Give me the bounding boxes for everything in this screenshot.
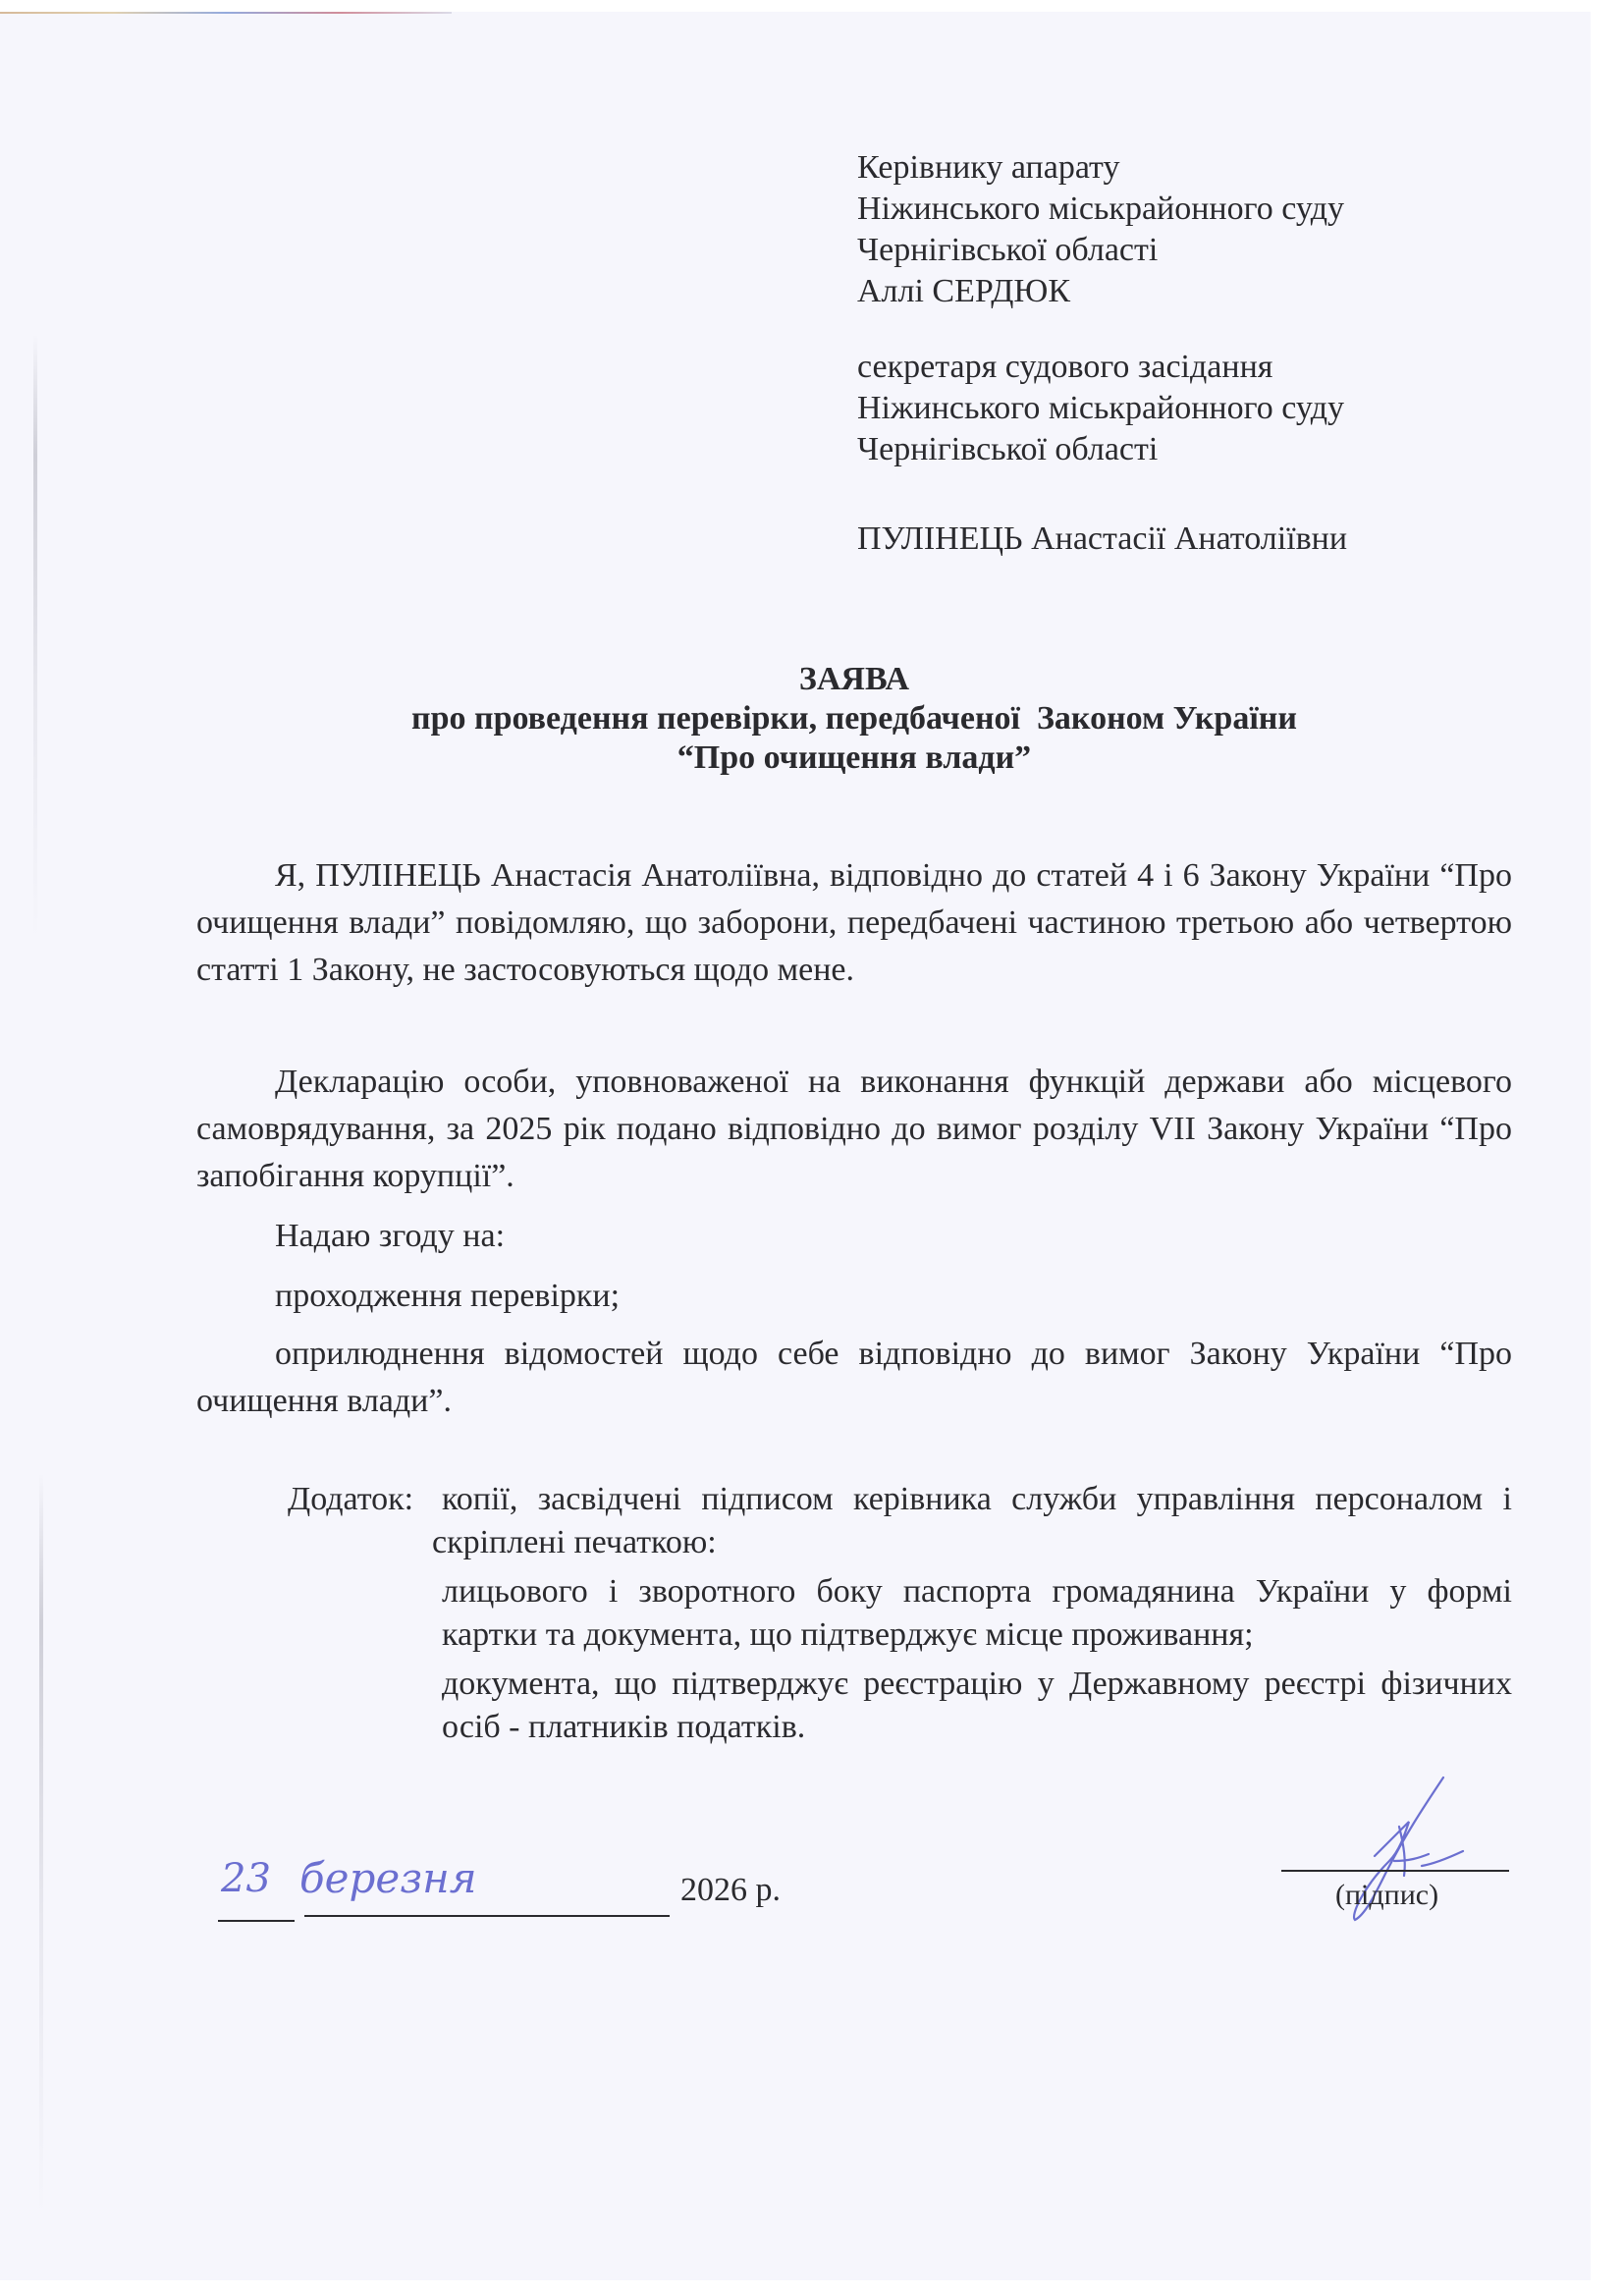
- date-year: 2026 р.: [680, 1871, 781, 1910]
- appendix-block: Додаток: копії, засвідчені підписом кері…: [288, 1478, 1512, 1755]
- sender-line: секретаря судового засідання: [857, 347, 1344, 388]
- sender-line: Ніжинського міськрайонного суду: [857, 388, 1344, 429]
- statement-paragraph: Я, ПУЛІНЕЦЬ Анастасія Анатоліївна, відпо…: [196, 852, 1512, 994]
- date-day-underline: [218, 1920, 295, 1922]
- appendix-item-copies: копії, засвідчені підписом керівника слу…: [432, 1478, 1512, 1564]
- document-title: ЗАЯВА про проведення перевірки, передбач…: [196, 660, 1512, 778]
- sender-name: ПУЛІНЕЦЬ Анастасії Анатоліївни: [857, 519, 1347, 560]
- date-month-handwritten: березня: [299, 1854, 477, 1902]
- appendix-item-tax-registration: документа, що підтверджує реєстрацію у Д…: [442, 1663, 1512, 1749]
- recipient-line: Керівнику апарату: [857, 147, 1344, 189]
- title-subtitle-line2: “Про очищення влади”: [196, 738, 1512, 778]
- consent-intro: Надаю згоду на:: [196, 1213, 1512, 1260]
- appendix-item-passport: лицьового і зворотного боку паспорта гро…: [442, 1570, 1512, 1657]
- signature-caption: (підпис): [1335, 1876, 1438, 1915]
- recipient-name: Аллі СЕРДЮК: [857, 271, 1344, 312]
- appendix-label: Додаток:: [288, 1478, 413, 1521]
- consent-item-verification: проходження перевірки;: [196, 1273, 1512, 1320]
- title-subtitle-line1: про проведення перевірки, передбаченої З…: [196, 699, 1512, 738]
- sender-block: секретаря судового засідання Ніжинського…: [857, 347, 1344, 470]
- recipient-block: Керівнику апарату Ніжинського міськрайон…: [857, 147, 1344, 312]
- title-heading: ЗАЯВА: [196, 660, 1512, 699]
- date-day-handwritten: 23: [221, 1856, 271, 1901]
- declaration-paragraph: Декларацію особи, уповноваженої на викон…: [196, 1059, 1512, 1200]
- scan-streak-artifact: [33, 334, 37, 943]
- recipient-line: Ніжинського міськрайонного суду: [857, 189, 1344, 230]
- sender-name-text: ПУЛІНЕЦЬ Анастасії Анатоліївни: [857, 519, 1347, 560]
- scan-edge-artifact: [0, 12, 452, 14]
- consent-item-publication: оприлюднення відомостей щодо себе відпов…: [196, 1331, 1512, 1425]
- sender-line: Чернігівської області: [857, 429, 1344, 470]
- recipient-line: Чернігівської області: [857, 230, 1344, 271]
- signature-line: [1281, 1870, 1509, 1872]
- date-month-underline: [304, 1915, 670, 1917]
- signature-scribble-icon: [1306, 1768, 1483, 1944]
- scan-streak-artifact: [39, 1473, 43, 2219]
